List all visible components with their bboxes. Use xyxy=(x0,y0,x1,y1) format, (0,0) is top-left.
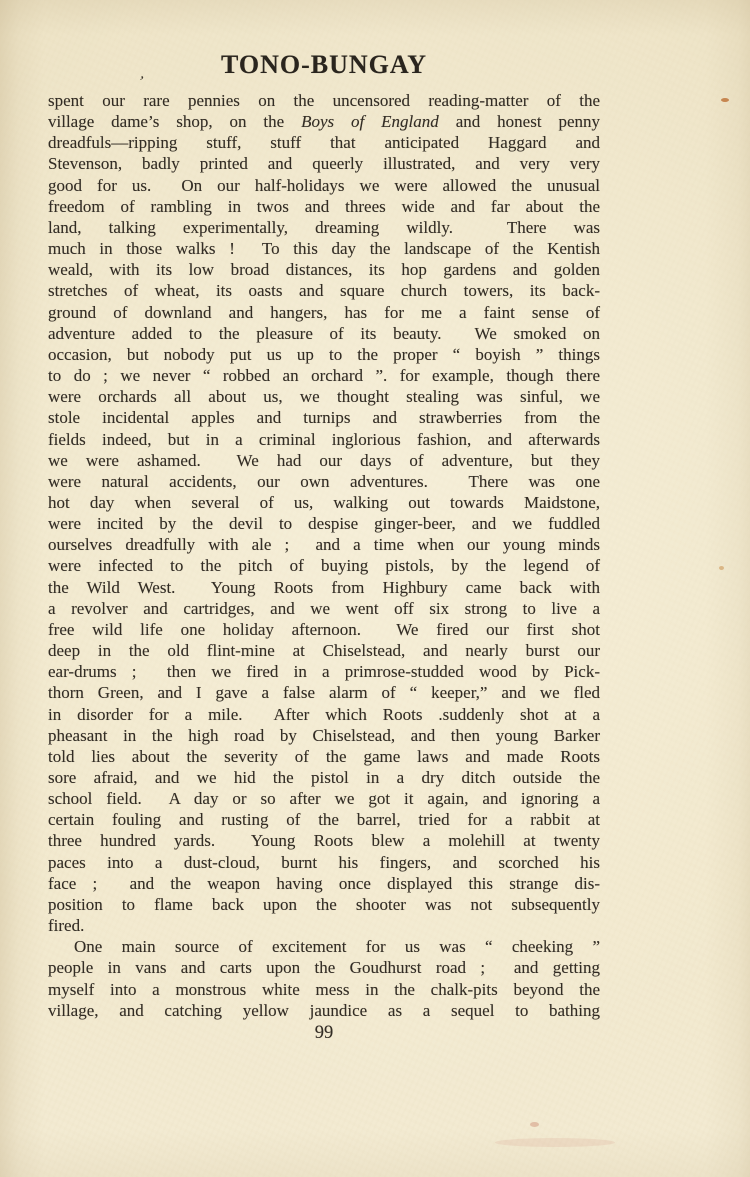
text-line: in disorder for a mile. After which Root… xyxy=(48,704,600,725)
text-line: occasion, but nobody put us up to the pr… xyxy=(48,344,600,365)
text-line: myself into a monstrous white mess in th… xyxy=(48,979,600,1000)
text-line: a revolver and cartridges, and we went o… xyxy=(48,598,600,619)
text-line: deep in the old flint-mine at Chiselstea… xyxy=(48,640,600,661)
text-line: fired. xyxy=(48,915,600,936)
text-line: we were ashamed. We had our days of adve… xyxy=(48,450,600,471)
text-line: certain fouling and rusting of the barre… xyxy=(48,809,600,830)
paper-smudge xyxy=(495,1138,615,1147)
text-line: position to flame back upon the shooter … xyxy=(48,894,600,915)
text-line: ourselves dreadfully with ale ; and a ti… xyxy=(48,534,600,555)
text-line: paces into a dust-cloud, burnt his finge… xyxy=(48,852,600,873)
text-line: were orchards all about us, we thought s… xyxy=(48,386,600,407)
text-line: fields indeed, but in a criminal inglori… xyxy=(48,429,600,450)
text-line: people in vans and carts upon the Goudhu… xyxy=(48,957,600,978)
text-line: good for us. On our half-holidays we wer… xyxy=(48,175,600,196)
text-line: weald, with its low broad distances, its… xyxy=(48,259,600,280)
text-line: thorn Green, and I gave a false alarm of… xyxy=(48,682,600,703)
page-number: 99 xyxy=(48,1023,600,1044)
foxing-speck xyxy=(719,566,724,570)
text-line: much in those walks ! To this day the la… xyxy=(48,238,600,259)
text-line: Stevenson, badly printed and queerly ill… xyxy=(48,153,600,174)
text-line: dreadfuls—ripping stuff, stuff that anti… xyxy=(48,132,600,153)
text-line: pheasant in the high road by Chiselstead… xyxy=(48,725,600,746)
text-line: were infected to the pitch of buying pis… xyxy=(48,555,600,576)
text-line: free wild life one holiday afternoon. We… xyxy=(48,619,600,640)
text-line: told lies about the severity of the game… xyxy=(48,746,600,767)
text-line: the Wild West. Young Roots from Highbury… xyxy=(48,577,600,598)
foxing-speck xyxy=(530,1122,539,1127)
text-line: to do ; we never “ robbed an orchard ”. … xyxy=(48,365,600,386)
text-line: ear-drums ; then we fired in a primrose-… xyxy=(48,661,600,682)
text-line: stretches of wheat, its oasts and square… xyxy=(48,280,600,301)
text-line: ground of downland and hangers, has for … xyxy=(48,302,600,323)
book-page: ’ TONO-BUNGAY spent our rare pennies on … xyxy=(0,0,750,1177)
text-line: village dame’s shop, on the Boys of Engl… xyxy=(48,111,600,132)
text-line: face ; and the weapon having once displa… xyxy=(48,873,600,894)
text-line: village, and catching yellow jaundice as… xyxy=(48,1000,600,1021)
running-head-title: TONO-BUNGAY xyxy=(48,50,600,80)
text-line: were incited by the devil to despise gin… xyxy=(48,513,600,534)
text-line: stole incidental apples and turnips and … xyxy=(48,407,600,428)
text-line: freedom of rambling in twos and threes w… xyxy=(48,196,600,217)
text-line: three hundred yards. Young Roots blew a … xyxy=(48,830,600,851)
text-line: hot day when several of us, walking out … xyxy=(48,492,600,513)
text-line: sore afraid, and we hid the pistol in a … xyxy=(48,767,600,788)
text-line: school field. A day or so after we got i… xyxy=(48,788,600,809)
text-line: land, talking experimentally, dreaming w… xyxy=(48,217,600,238)
foxing-speck xyxy=(721,98,729,102)
text-line: spent our rare pennies on the uncensored… xyxy=(48,90,600,111)
text-line: One main source of excitement for us was… xyxy=(48,936,600,957)
text-line: were natural accidents, our own adventur… xyxy=(48,471,600,492)
body-text: spent our rare pennies on the uncensored… xyxy=(48,90,600,1021)
text-line: adventure added to the pleasure of its b… xyxy=(48,323,600,344)
